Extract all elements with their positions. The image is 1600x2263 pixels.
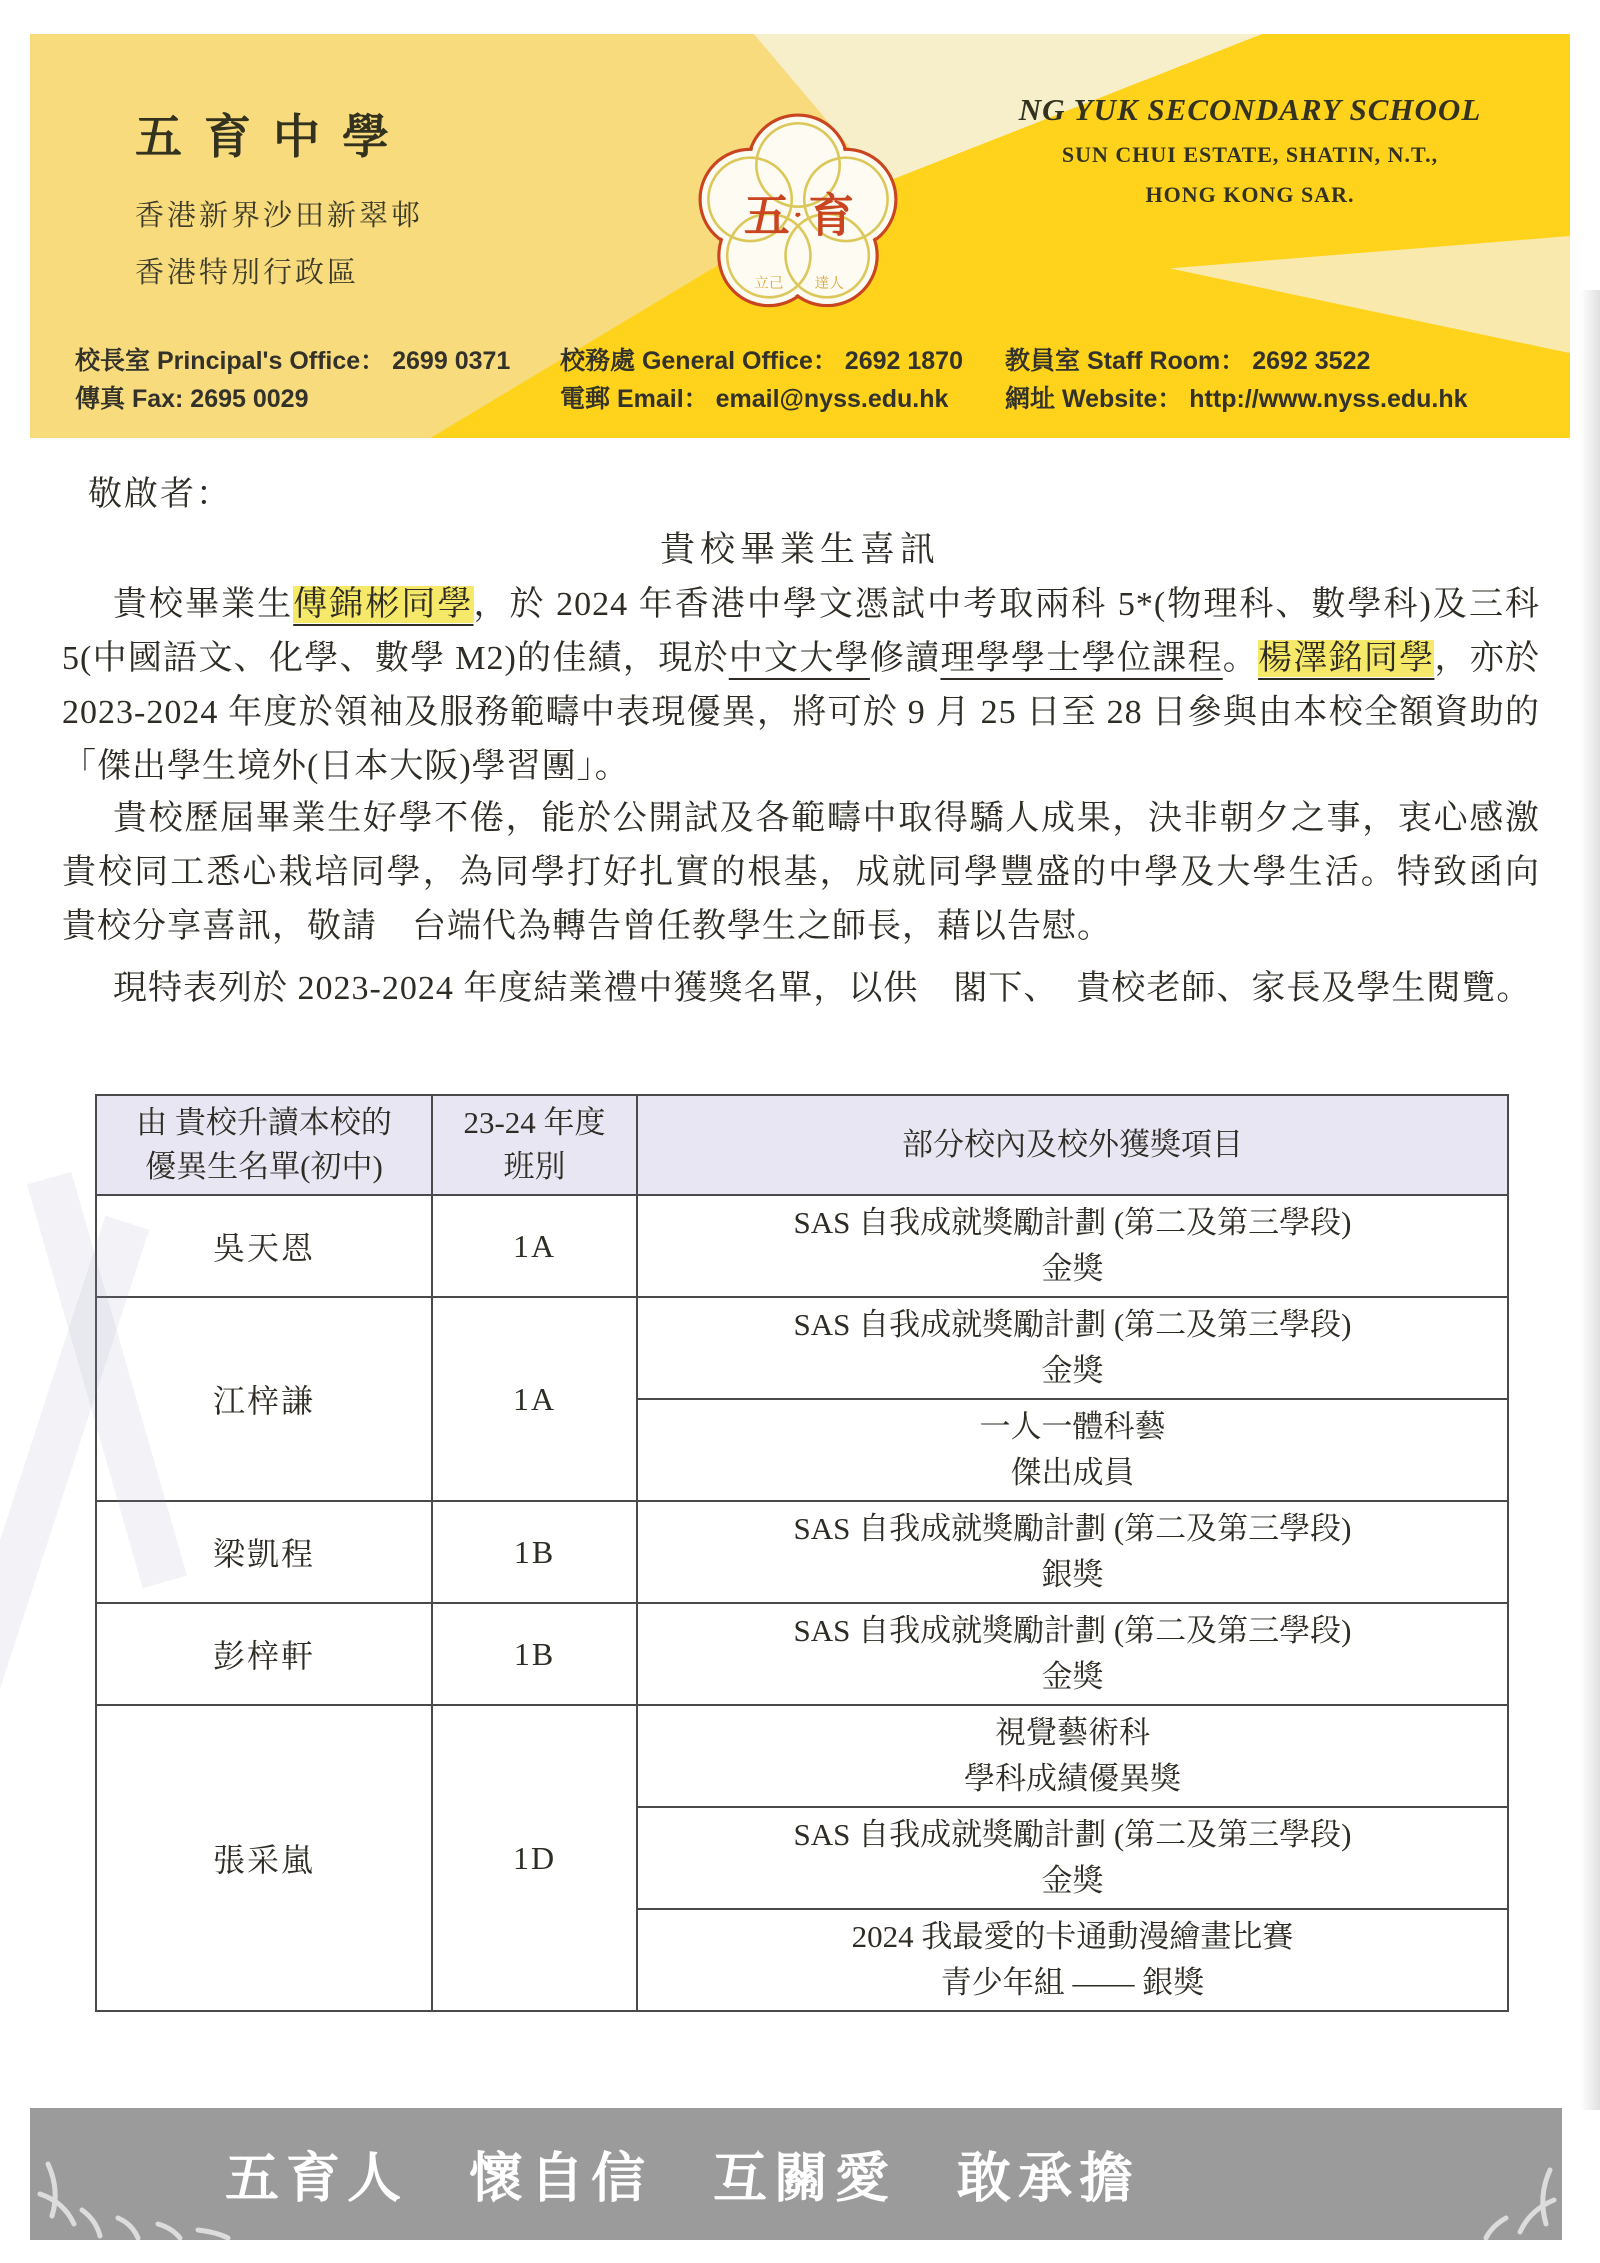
header-class: 23-24 年度 班別 [432,1095,637,1195]
award-cell: SAS 自我成就獎勵計劃 (第二及第三學段) 金獎 [637,1603,1508,1705]
p1-text-1: 貴校畢業生 [113,586,293,623]
school-address-zh-line2: 香港特別行政區 [135,250,423,291]
school-identity-en: NG YUK SECONDARY SCHOOL SUN CHUI ESTATE,… [990,92,1510,208]
fax-number: 傳真 Fax: 2695 0029 [75,380,510,418]
table-row: 彭梓軒 1B SAS 自我成就獎勵計劃 (第二及第三學段) 金獎 [96,1603,1508,1705]
award-cell: 一人一體科藝 傑出成員 [637,1399,1508,1501]
school-logo: 五 育 立己 達人 [673,90,923,340]
school-name-en: NG YUK SECONDARY SCHOOL [990,92,1510,128]
school-identity-zh: 五育中學 香港新界沙田新翠邨 香港特別行政區 [135,100,423,291]
class-cell: 1B [432,1603,637,1705]
logo-motto-right: 達人 [815,274,845,292]
salutation: 敬啟者： [88,466,232,515]
award-cell: 2024 我最愛的卡通動漫繪畫比賽 青少年組 —— 銀獎 [637,1909,1508,2011]
school-address-en-line2: HONG KONG SAR. [990,182,1510,208]
school-address-en-line1: SUN CHUI ESTATE, SHATIN, N.T., [990,142,1510,168]
table-row: 梁凱程 1B SAS 自我成就獎勵計劃 (第二及第三學段) 銀獎 [96,1501,1508,1603]
student-name-cell: 江梓謙 [96,1297,432,1501]
award-cell: SAS 自我成就獎勵計劃 (第二及第三學段) 金獎 [637,1297,1508,1399]
contact-row: 校長室 Principal's Office： 2699 0371 傳真 Fax… [30,342,1570,420]
website-url: 網址 Website： http://www.nyss.edu.hk [1005,380,1468,418]
p1-text-4: 。 [1223,640,1258,677]
class-cell: 1A [432,1195,637,1297]
award-cell: SAS 自我成就獎勵計劃 (第二及第三學段) 銀獎 [637,1501,1508,1603]
student-name-highlight-2: 楊澤銘同學 [1258,640,1434,677]
school-motto: 五育人 懷自信 互關愛 敢承擔 [225,2136,1140,2213]
student-name-cell: 吳天恩 [96,1195,432,1297]
scan-edge-shadow [1580,290,1600,2110]
award-cell: 視覺藝術科 學科成績優異獎 [637,1705,1508,1807]
class-cell: 1A [432,1297,637,1501]
principal-office-phone: 校長室 Principal's Office： 2699 0371 [75,342,510,380]
logo-char-left: 五 [744,191,790,242]
flower-logo-icon: 五 育 立己 達人 [673,90,923,340]
contact-principal-office: 校長室 Principal's Office： 2699 0371 傳真 Fax… [75,342,510,418]
header-student-list: 由 貴校升讀本校的 優異生名單(初中) [96,1095,432,1195]
paragraph-award-list-intro: 現特表列於 2023-2024 年度結業禮中獲獎名單，以供 閣下、 貴校老師、家… [62,962,1540,1016]
scanned-letter-page: 五育中學 香港新界沙田新翠邨 香港特別行政區 [0,0,1600,2263]
footer-banner: 五育人 懷自信 互關愛 敢承擔 [30,2108,1562,2240]
table-header-row: 由 貴校升讀本校的 優異生名單(初中) 23-24 年度 班別 部分校內及校外獲… [96,1095,1508,1195]
class-cell: 1B [432,1501,637,1603]
degree-programme-underline: 理學學士學位課程 [940,640,1222,677]
paragraph-graduate-news: 貴校畢業生傅錦彬同學，於 2024 年香港中學文憑試中考取兩科 5*(物理科、數… [62,578,1540,794]
staff-room-phone: 教員室 Staff Room： 2692 3522 [1005,342,1468,380]
letter-title: 貴校畢業生喜訊 [0,522,1600,572]
paragraph-gratitude: 貴校歷屆畢業生好學不倦，能於公開試及各範疇中取得驕人成果，決非朝夕之事，衷心感激… [62,792,1540,954]
table-row: 江梓謙 1A SAS 自我成就獎勵計劃 (第二及第三學段) 金獎 [96,1297,1508,1399]
award-cell: SAS 自我成就獎勵計劃 (第二及第三學段) 金獎 [637,1807,1508,1909]
table-row: 吳天恩 1A SAS 自我成就獎勵計劃 (第二及第三學段) 金獎 [96,1195,1508,1297]
contact-general-office: 校務處 General Office： 2692 1870 電郵 Email： … [560,342,963,418]
table-row: 張采嵐 1D 視覺藝術科 學科成績優異獎 [96,1705,1508,1807]
general-office-phone: 校務處 General Office： 2692 1870 [560,342,963,380]
p1-text-3: 修讀 [870,640,941,677]
class-cell: 1D [432,1705,637,2011]
leaf-decoration-icon [30,2150,250,2240]
letterhead: 五育中學 香港新界沙田新翠邨 香港特別行政區 [30,34,1570,438]
university-name-underline: 中文大學 [729,640,870,677]
school-name-zh: 五育中學 [135,100,423,167]
leaf-decoration-icon [1442,2160,1562,2240]
student-name-highlight-1: 傅錦彬同學 [293,586,473,623]
student-name-cell: 張采嵐 [96,1705,432,2011]
email-address: 電郵 Email： email@nyss.edu.hk [560,380,963,418]
award-cell: SAS 自我成就獎勵計劃 (第二及第三學段) 金獎 [637,1195,1508,1297]
student-name-cell: 梁凱程 [96,1501,432,1603]
logo-char-right: 育 [808,191,854,242]
awards-table: 由 貴校升讀本校的 優異生名單(初中) 23-24 年度 班別 部分校內及校外獲… [95,1094,1509,2012]
header-awards: 部分校內及校外獲獎項目 [637,1095,1508,1195]
school-address-zh-line1: 香港新界沙田新翠邨 [135,193,423,234]
student-name-cell: 彭梓軒 [96,1603,432,1705]
logo-motto-left: 立己 [754,275,783,292]
contact-staff-room: 教員室 Staff Room： 2692 3522 網址 Website： ht… [1005,342,1468,418]
